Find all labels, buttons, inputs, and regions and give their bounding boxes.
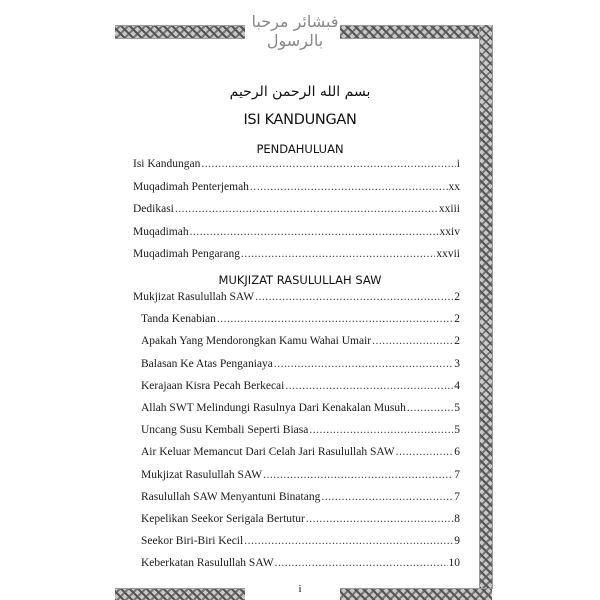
decorative-border-top-left — [115, 25, 245, 39]
toc-entry-label: Rasulullah SAW Menyantuni Binatang — [141, 491, 320, 504]
page-title: ISI KANDUNGAN — [130, 112, 470, 128]
toc-entry-label: Kepelikan Seekor Serigala Bertutur — [141, 513, 305, 526]
toc-entry-page: 6 — [454, 446, 460, 459]
toc-entry-label: Mukjizat Rasulullah SAW — [133, 291, 254, 304]
toc-entry[interactable]: Mukjizat Rasulullah SAW2 — [133, 291, 460, 313]
toc-entry-page: 2 — [454, 291, 460, 304]
toc-entry-label: Keberkatan Rasulullah SAW — [141, 557, 274, 570]
toc-entry-label: Seekor Biri-Biri Kecil — [141, 535, 243, 548]
toc-entry[interactable]: Muqadimah Pengarangxxvii — [133, 248, 460, 271]
toc-entry[interactable]: Allah SWT Melindungi Rasulnya Dari Kenak… — [133, 402, 460, 424]
toc-list-mukjizat: Mukjizat Rasulullah SAW2Tanda Kenabian2A… — [133, 291, 460, 579]
section-heading-pendahuluan: PENDAHULUAN — [130, 142, 470, 156]
toc-entry-label: Balasan Ke Atas Penganiaya — [141, 358, 273, 371]
toc-entry-page: 7 — [454, 469, 460, 482]
toc-entry[interactable]: Balasan Ke Atas Penganiaya3 — [133, 358, 460, 380]
toc-entry-label: Uncang Susu Kembali Seperti Biasa — [141, 424, 308, 437]
toc-entry-label: Muqadimah — [133, 226, 189, 239]
toc-entry[interactable]: Muqadimahxxiv — [133, 226, 460, 249]
toc-entry-label: Muqadimah Penterjemah — [133, 181, 249, 194]
toc-entry-page: xx — [449, 181, 461, 194]
toc-entry-page: 5 — [454, 402, 460, 415]
dot-leader — [241, 248, 435, 261]
dot-leader — [250, 181, 448, 194]
toc-entry-page: 2 — [454, 313, 460, 326]
toc-entry[interactable]: Muqadimah Penterjemahxx — [133, 181, 460, 204]
dot-leader — [275, 557, 448, 570]
toc-entry[interactable]: Rasulullah SAW Menyantuni Binatang7 — [133, 491, 460, 513]
toc-entry-label: Isi Kandungan — [133, 158, 200, 171]
toc-entry-page: 5 — [454, 424, 460, 437]
dot-leader — [190, 226, 439, 239]
toc-entry[interactable]: Mukjizat Rasulullah SAW7 — [133, 469, 460, 491]
decorative-border-top-right — [340, 25, 492, 39]
dot-leader — [321, 491, 453, 504]
toc-entry-page: xxvii — [436, 248, 460, 261]
toc-entry-page: 4 — [454, 380, 460, 393]
toc-entry-page: xxiv — [440, 226, 460, 239]
toc-entry-label: Kerajaan Kisra Pecah Berkecai — [141, 380, 284, 393]
decorative-border-bottom-left — [115, 588, 245, 600]
toc-entry[interactable]: Keberkatan Rasulullah SAW10 — [133, 557, 460, 579]
toc-entry[interactable]: Kerajaan Kisra Pecah Berkecai4 — [133, 380, 460, 402]
toc-entry-label: Mukjizat Rasulullah SAW — [141, 469, 262, 482]
toc-entry[interactable]: Dedikasixxiii — [133, 203, 460, 226]
dot-leader — [306, 513, 453, 526]
decorative-border-right — [479, 25, 493, 589]
toc-entry-page: 9 — [454, 535, 460, 548]
toc-entry-page: 3 — [454, 358, 460, 371]
dot-leader — [263, 469, 453, 482]
dot-leader — [201, 158, 455, 171]
dot-leader — [175, 203, 438, 216]
toc-entry-page: 2 — [454, 335, 460, 348]
dot-leader — [244, 535, 453, 548]
toc-list-pendahuluan: Isi KandunganiMuqadimah PenterjemahxxDed… — [133, 158, 460, 271]
toc-entry-label: Dedikasi — [133, 203, 174, 216]
toc-entry[interactable]: Tanda Kenabian2 — [133, 313, 460, 335]
toc-entry[interactable]: Apakah Yang Mendorongkan Kamu Wahai Umai… — [133, 335, 460, 357]
toc-entry[interactable]: Kepelikan Seekor Serigala Bertutur8 — [133, 513, 460, 535]
dot-leader — [372, 335, 453, 348]
decorative-border-bottom-right — [340, 588, 492, 600]
toc-entry-label: Allah SWT Melindungi Rasulnya Dari Kenak… — [141, 402, 406, 415]
dot-leader — [309, 424, 453, 437]
page-number: i — [280, 583, 320, 595]
dot-leader — [255, 291, 453, 304]
toc-entry[interactable]: Uncang Susu Kembali Seperti Biasa5 — [133, 424, 460, 446]
bismillah-calligraphy: بسم الله الرحمن الرحيم — [200, 84, 400, 100]
dot-leader — [407, 402, 453, 415]
toc-entry-page: 10 — [449, 557, 461, 570]
toc-entry-label: Tanda Kenabian — [141, 313, 216, 326]
section-heading-mukjizat: MUKJIZAT RASULULLAH SAW — [130, 273, 470, 287]
dot-leader — [285, 380, 453, 393]
toc-entry[interactable]: Air Keluar Memancut Dari Celah Jari Rasu… — [133, 446, 460, 468]
toc-entry[interactable]: Isi Kandungani — [133, 158, 460, 181]
arabic-ornament-calligraphy: فبشائر مرحبا بالرسول — [250, 12, 340, 50]
toc-entry-page: 8 — [454, 513, 460, 526]
toc-entry-page: xxiii — [439, 203, 460, 216]
toc-entry-label: Air Keluar Memancut Dari Celah Jari Rasu… — [141, 446, 395, 459]
dot-leader — [217, 313, 453, 326]
toc-entry-page: 7 — [454, 491, 460, 504]
toc-entry-label: Muqadimah Pengarang — [133, 248, 240, 261]
toc-entry-page: i — [457, 158, 460, 171]
dot-leader — [396, 446, 454, 459]
dot-leader — [274, 358, 453, 371]
toc-entry[interactable]: Seekor Biri-Biri Kecil9 — [133, 535, 460, 557]
toc-entry-label: Apakah Yang Mendorongkan Kamu Wahai Umai… — [141, 335, 371, 348]
